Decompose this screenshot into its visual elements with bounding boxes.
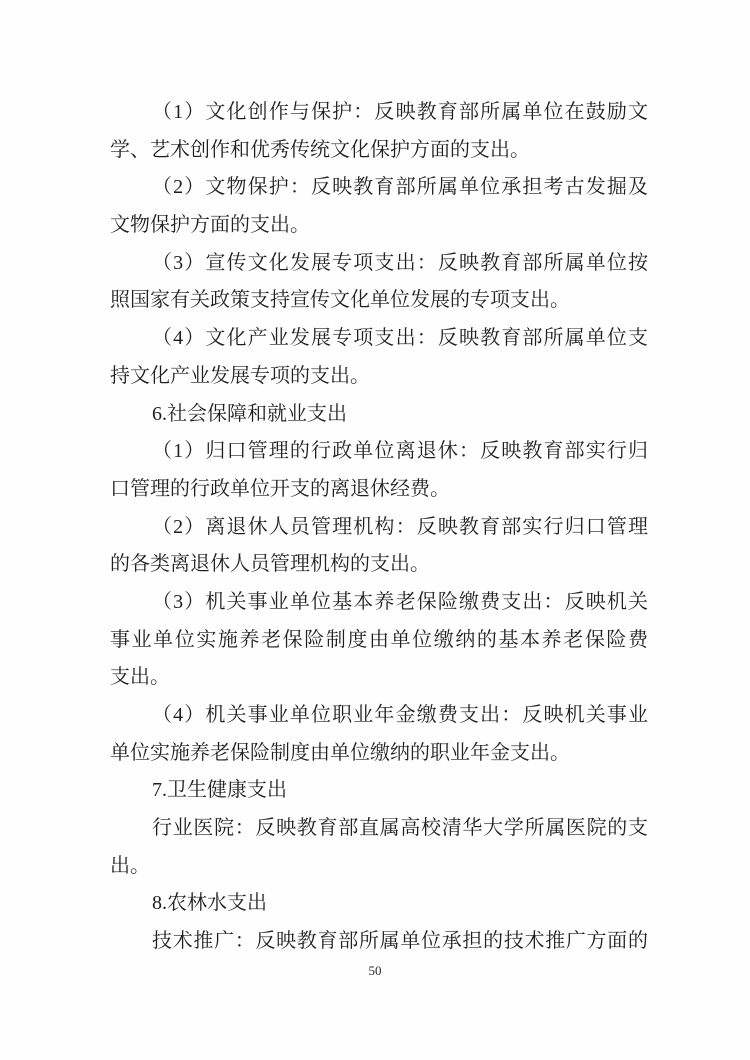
text-line: （3）宣传文化发展专项支出：反映教育部所属单位按 (110, 245, 648, 283)
text-line: （1）归口管理的行政单位离退休：反映教育部实行归 (110, 433, 648, 471)
text-line: 行业医院：反映教育部直属高校清华大学所属医院的支 (110, 810, 648, 848)
text-line: （4）机关事业单位职业年金缴费支出：反映机关事业 (110, 697, 648, 735)
text-line: （3）机关事业单位基本养老保险缴费支出：反映机关 (110, 584, 648, 622)
text-line: 出。 (110, 848, 648, 886)
document-body: （1）文化创作与保护：反映教育部所属单位在鼓励文学、艺术创作和优秀传统文化保护方… (110, 94, 648, 961)
text-line: 支出。 (110, 659, 648, 697)
text-line: 事业单位实施养老保险制度由单位缴纳的基本养老保险费 (110, 622, 648, 660)
text-line: （1）文化创作与保护：反映教育部所属单位在鼓励文 (110, 94, 648, 132)
text-line: 8.农林水支出 (110, 885, 648, 923)
text-line: 文物保护方面的支出。 (110, 207, 648, 245)
text-line: （2）离退休人员管理机构：反映教育部实行归口管理 (110, 509, 648, 547)
text-line: 的各类离退休人员管理机构的支出。 (110, 546, 648, 584)
text-line: 口管理的行政单位开支的离退休经费。 (110, 471, 648, 509)
text-line: 持文化产业发展专项的支出。 (110, 358, 648, 396)
page-number: 50 (0, 963, 750, 979)
text-line: （4）文化产业发展专项支出：反映教育部所属单位支 (110, 320, 648, 358)
text-line: 照国家有关政策支持宣传文化单位发展的专项支出。 (110, 282, 648, 320)
document-page: （1）文化创作与保护：反映教育部所属单位在鼓励文学、艺术创作和优秀传统文化保护方… (0, 0, 750, 1060)
text-line: 技术推广：反映教育部所属单位承担的技术推广方面的 (110, 923, 648, 961)
text-line: 学、艺术创作和优秀传统文化保护方面的支出。 (110, 132, 648, 170)
text-line: 7.卫生健康支出 (110, 772, 648, 810)
text-line: 6.社会保障和就业支出 (110, 396, 648, 434)
text-line: （2）文物保护：反映教育部所属单位承担考古发掘及 (110, 169, 648, 207)
text-line: 单位实施养老保险制度由单位缴纳的职业年金支出。 (110, 735, 648, 773)
